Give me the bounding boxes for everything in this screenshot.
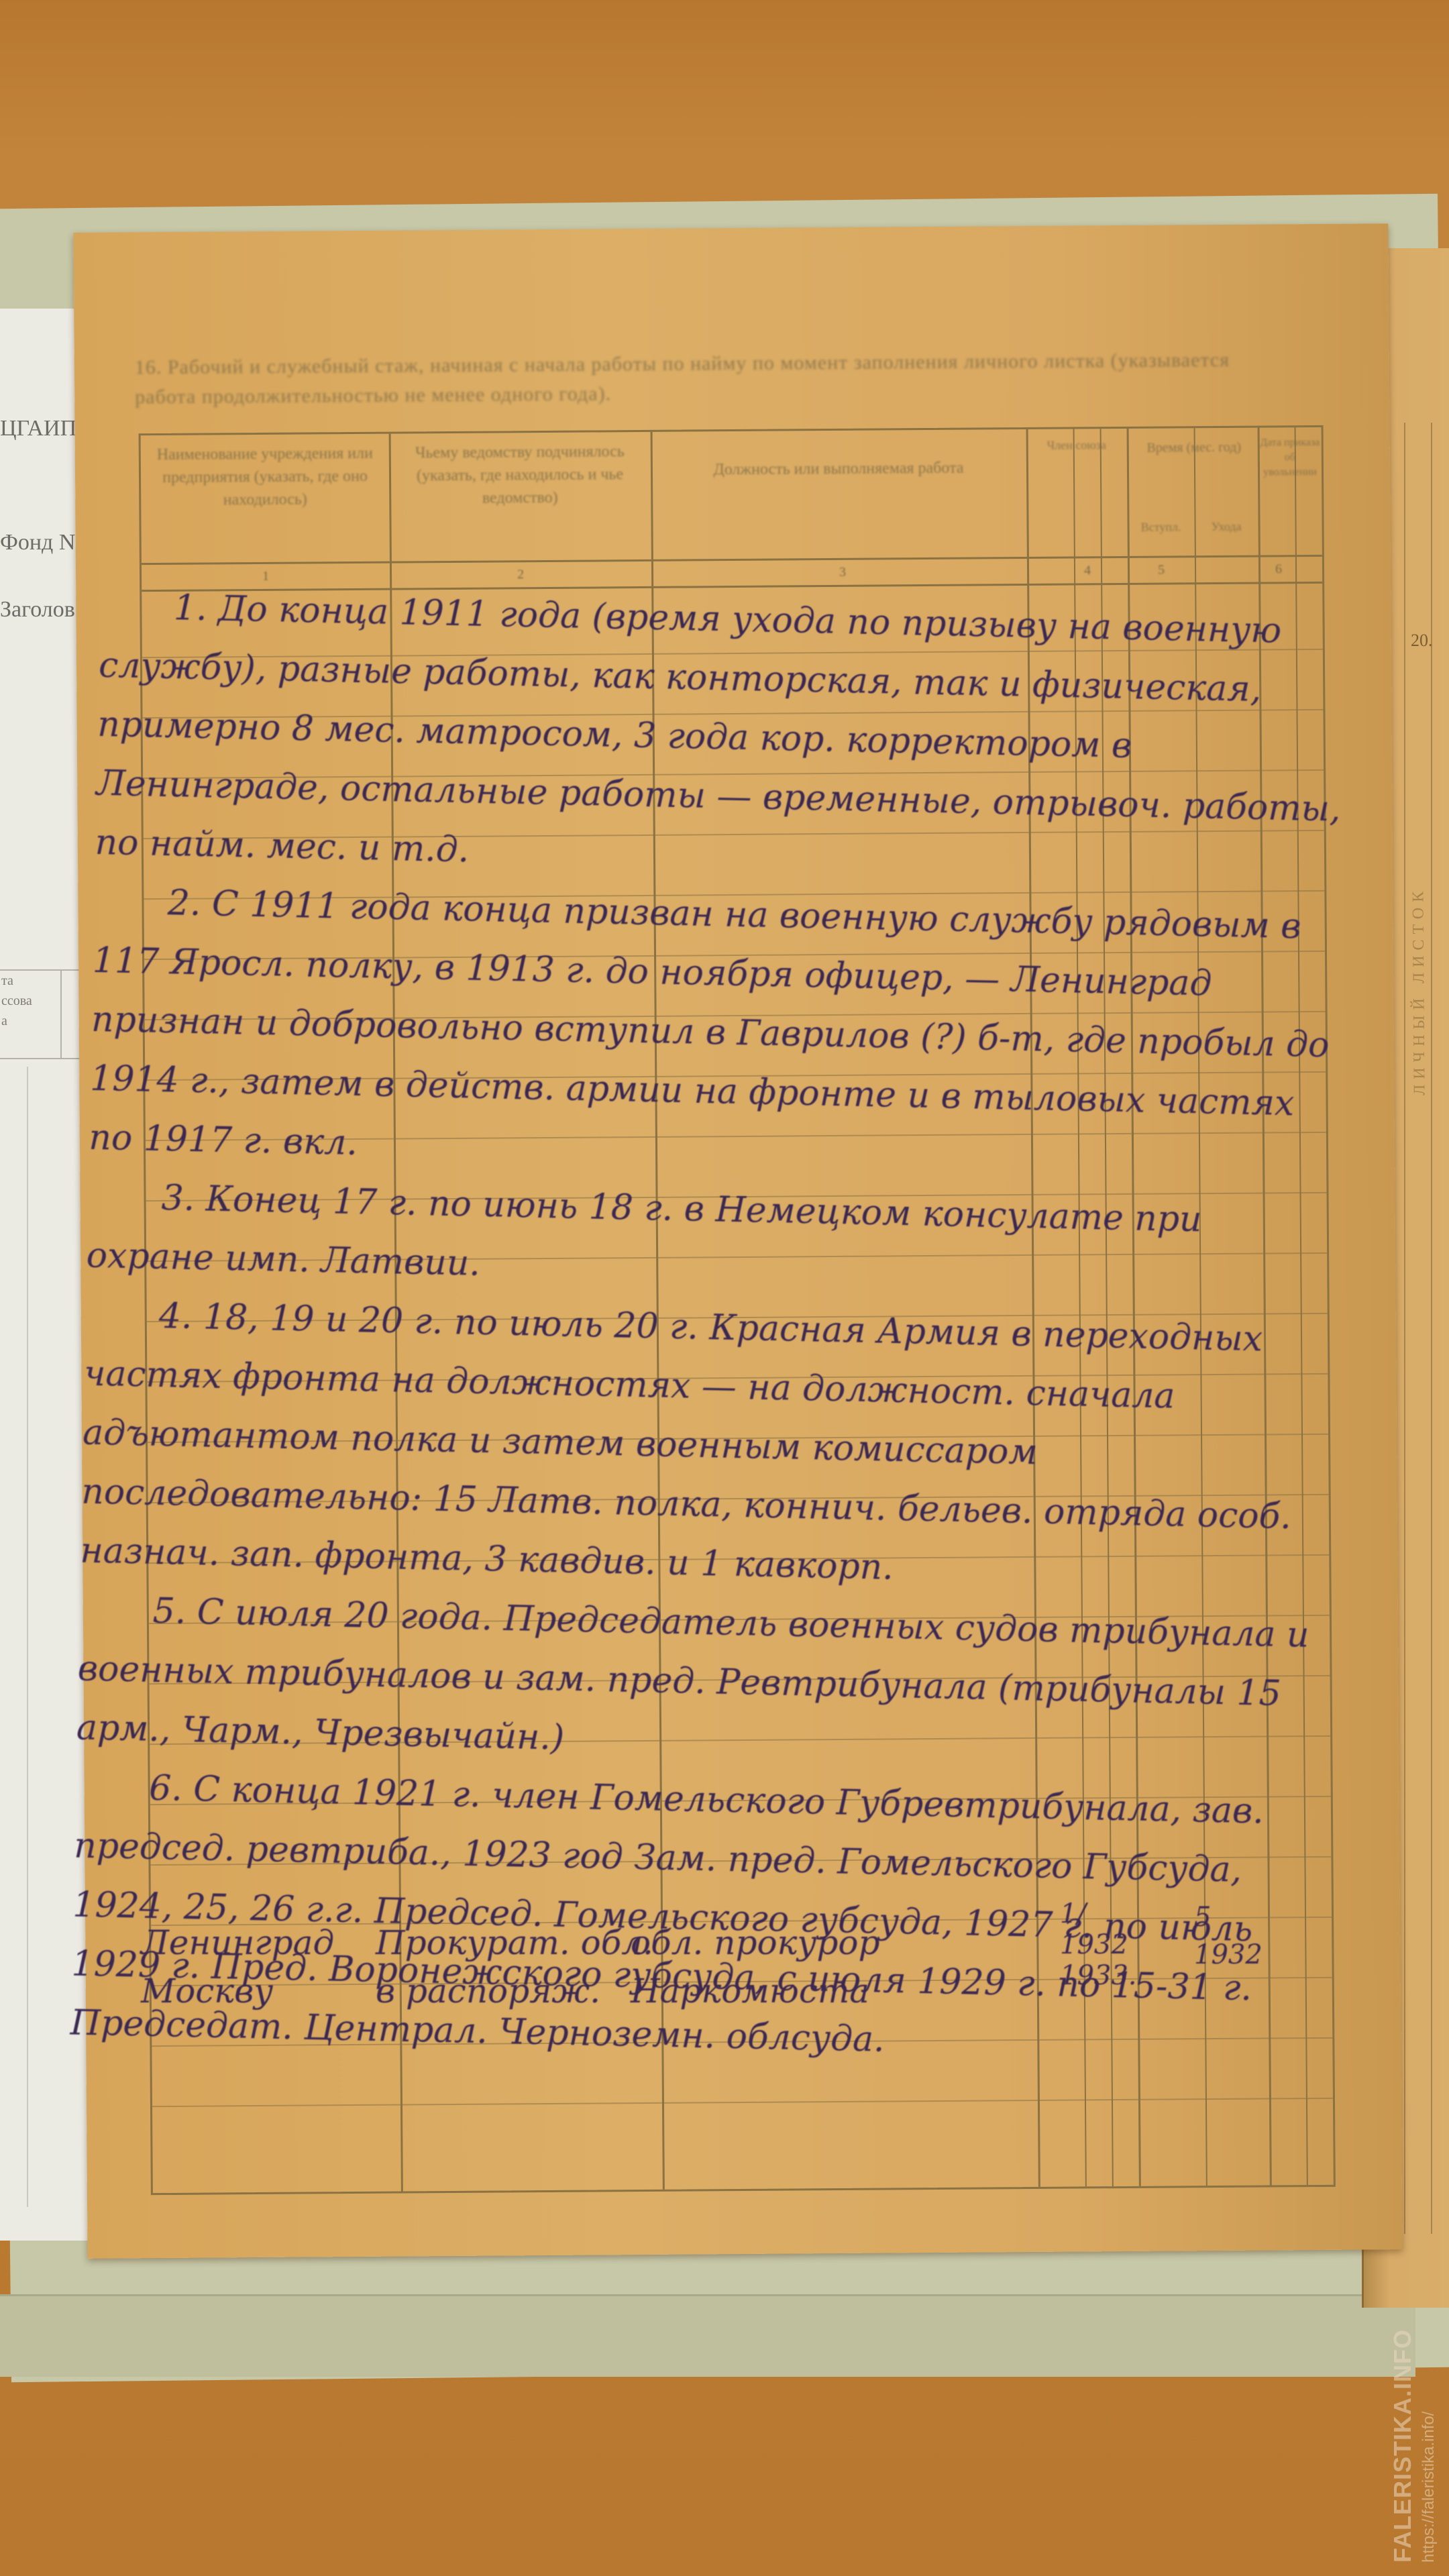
column-header-union: Член союза (1030, 437, 1124, 453)
bottom-entry-ministry: Прокурат. обл. в распоряж. (376, 1919, 653, 2015)
watermark-title: FALERISTIKA.INFO (1389, 2329, 1416, 2563)
folder-bottom-edge (0, 2294, 1415, 2377)
column-header-institution: Наименование учреждения или предприятия … (148, 442, 383, 512)
margin-stamp: ЛИЧНЫЙ ЛИСТОК (1409, 886, 1429, 1095)
entry-5: 5. С июля 20 года. Председатель военных … (76, 1580, 1327, 1784)
column-header-period: Время (мес. год) (1130, 436, 1258, 460)
section-heading: 16. Рабочий и служебный стаж, начиная с … (135, 345, 1289, 412)
column-header-period-end: Ухода (1194, 515, 1258, 539)
entry-2: 2. С 1911 года конца призван на военную … (89, 872, 1342, 1193)
watermark: FALERISTIKA.INFO https://faleristika.inf… (1389, 2329, 1438, 2563)
column-header-period-start: Вступл. (1127, 515, 1194, 539)
column-header-position: Должность или выполняемая работа (664, 456, 1013, 482)
column-header-department: Чьему ведомству подчинялось (указать, гд… (396, 440, 645, 511)
column-header-dismissal: Дата приказа об увольнении (1260, 435, 1320, 480)
handwritten-entries: 1. До конца 1911 года (время ухода по пр… (70, 577, 1348, 2078)
bottom-entry-date-in: 1/ 1932 1933. (1060, 1898, 1137, 1991)
entry-4: 4. 18, 19 и 20 г. по июль 20 г. Красная … (80, 1285, 1334, 1607)
bottom-entry-date-out: 5 1932 (1194, 1898, 1263, 1974)
cover-sheet-table: та ссова а (0, 969, 80, 1059)
bottom-entry-position: обл. прокурор Наркомюста (631, 1919, 880, 2015)
watermark-url: https://faleristika.info/ (1419, 2329, 1438, 2563)
entry-1: 1. До конца 1911 года (время ухода по пр… (95, 577, 1348, 898)
bottom-entry-place: Ленинград Москву (141, 1919, 334, 2015)
next-page-number: 20. (1411, 631, 1433, 651)
